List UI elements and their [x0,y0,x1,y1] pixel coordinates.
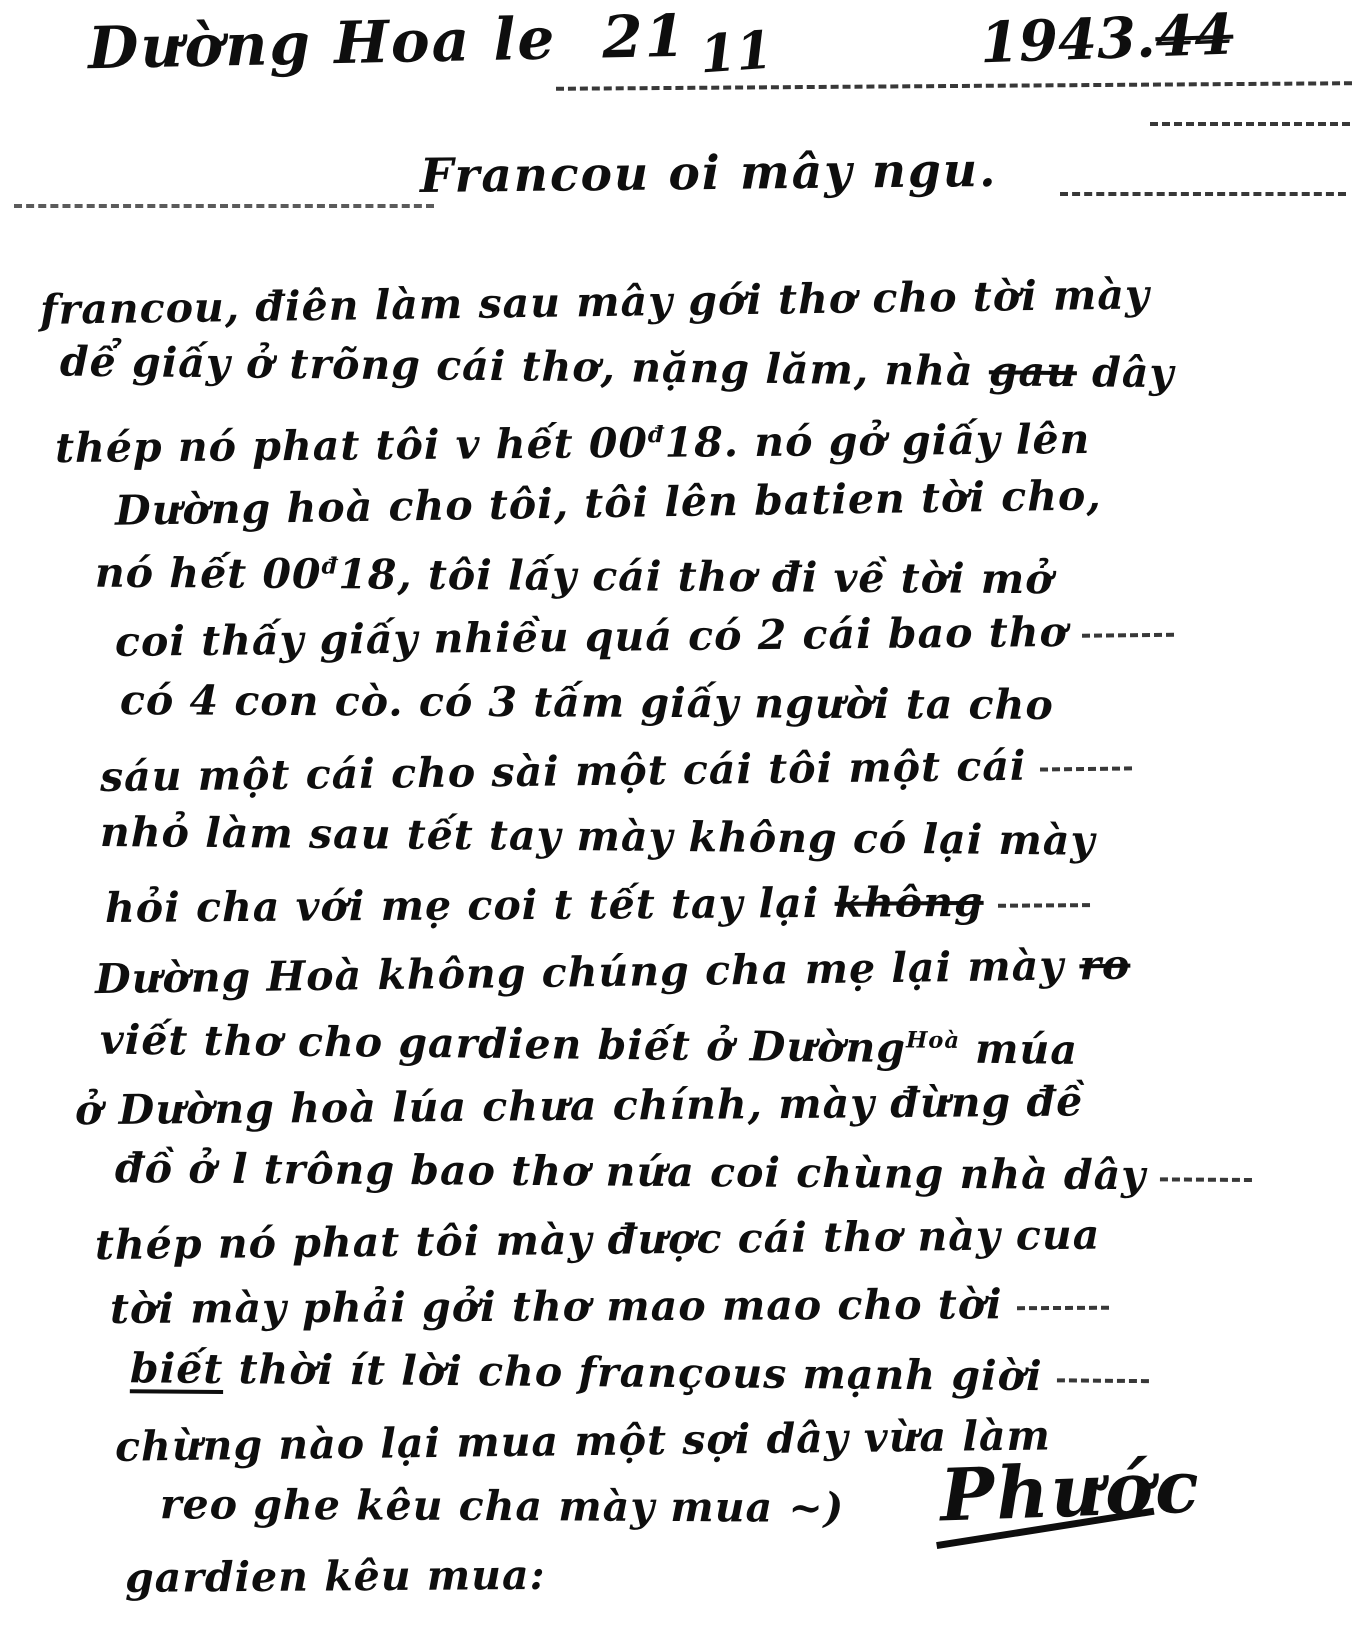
letter-word-sup: đ [648,422,665,448]
letter-line: coi thấy giấy nhiều quá có 2 cái bao thơ [0,596,1352,677]
letter-year-value: 1943. [979,4,1157,76]
letter-word-sup: đ [322,554,339,580]
letter-text: hỏi cha với mẹ coi t tết tay lại [105,879,835,932]
letter-text: francou, điên làm sau mây gới thơ cho tờ… [40,270,1150,333]
ruled-line-fragment [998,903,1090,908]
letter-text: thép nó phat tôi v hết 00 [55,419,648,472]
letter-word-sup: Hoà [906,1027,960,1054]
ruled-line-fragment [14,204,434,208]
ruled-line-fragment [1017,1305,1109,1309]
letter-line: tời mày phải gởi thơ mao mao cho tời [0,1269,1352,1343]
letter-line: nhỏ làm sau tết tay mày không có lại mày [0,798,1352,877]
letter-text: gardien kêu mua: [125,1551,546,1602]
letter-line: ở Dường hoà lúa chưa chính, mày đừng đề [0,1066,1352,1145]
letter-text: dể giấy ở trõng cái thơ, nặng lăm, nhà [60,338,989,396]
letter-year: 1943.44 [979,2,1234,77]
letter-text: 18, tôi lấy cái thơ đi về tời mở [338,550,1054,603]
letter-word-strike: không [834,878,983,927]
ruled-line-fragment [1160,1177,1252,1182]
letter-place-day: Dường Hoa le21 [87,2,687,83]
ruled-line-fragment [556,81,1352,91]
letter-line: gardien kêu mua: [0,1536,1352,1612]
letter-text: sáu một cái cho sài một cái tôi một cái [100,742,1027,801]
letter-line: có 4 con cò. có 3 tấm giấy người ta cho [0,666,1352,740]
letter-year-struck: 44 [1154,2,1234,71]
letter-line: thép nó phat tôi mày được cái thơ này cu… [0,1199,1352,1280]
letter-line: đồ ở l trông bao thơ nứa coi chùng nhà d… [0,1134,1352,1210]
letter-text: chừng nào lại mua một sợi dây vừa làm [115,1411,1051,1470]
letter-text: reo ghe kêu cha mày mua ~) [160,1480,844,1532]
letter-word-underline: biết [130,1344,224,1393]
ruled-line-fragment [1060,192,1346,196]
letter-text: ở Dường hoà lúa chưa chính, mày đừng đề [75,1077,1084,1134]
letter-text: có 4 con cò. có 3 tấm giấy người ta cho [120,676,1054,729]
letter-body: francou, điên làm sau mây gới thơ cho tờ… [0,268,1352,1608]
letter-text: múa [960,1025,1079,1074]
letter-text: nó hết 00 [95,549,322,599]
letter-text: đồ ở l trông bao thơ nứa coi chùng nhà d… [115,1144,1146,1199]
letter-line: nó hết 00đ18, tôi lấy cái thơ đi về tời … [0,531,1352,607]
letter-page: Dường Hoa le21 11 1943.44 Francou oi mây… [0,0,1352,1642]
signature: Phước [939,1443,1203,1537]
letter-day: 21 [602,2,688,72]
ruled-line-fragment [1082,632,1174,637]
letter-place: Dường Hoa le [87,4,557,82]
letter-text: nhỏ làm sau tết tay mày không có lại mày [100,808,1096,865]
salutation: Francou oi mây ngu. [420,143,998,204]
letter-text: coi thấy giấy nhiều quá có 2 cái bao thơ [115,608,1068,666]
ruled-line-fragment [1056,1378,1148,1383]
letter-text: tời mày phải gởi thơ mao mao cho tời [110,1280,1003,1333]
letter-text: Dường Hoà không chúng cha mẹ lại mày [95,941,1080,1003]
letter-month: 11 [698,20,774,86]
letter-word-strike: gau [989,347,1078,396]
letter-text: dây [1077,348,1175,397]
letter-word-strike: ro [1079,941,1131,990]
ruled-line-fragment [1040,766,1132,771]
letter-text: thép nó phat tôi mày được cái thơ này cu… [95,1211,1101,1270]
letter-text: thời ít lời cho françous mạnh giời [223,1345,1043,1400]
letter-text: Dường hoà cho tôi, tôi lên batien tời ch… [115,471,1102,534]
ruled-line-fragment [1150,122,1350,126]
letter-text: 18. nó gở giấy lên [664,415,1090,467]
letter-text: viết thơ cho gardien biết ở Dường [100,1016,907,1072]
